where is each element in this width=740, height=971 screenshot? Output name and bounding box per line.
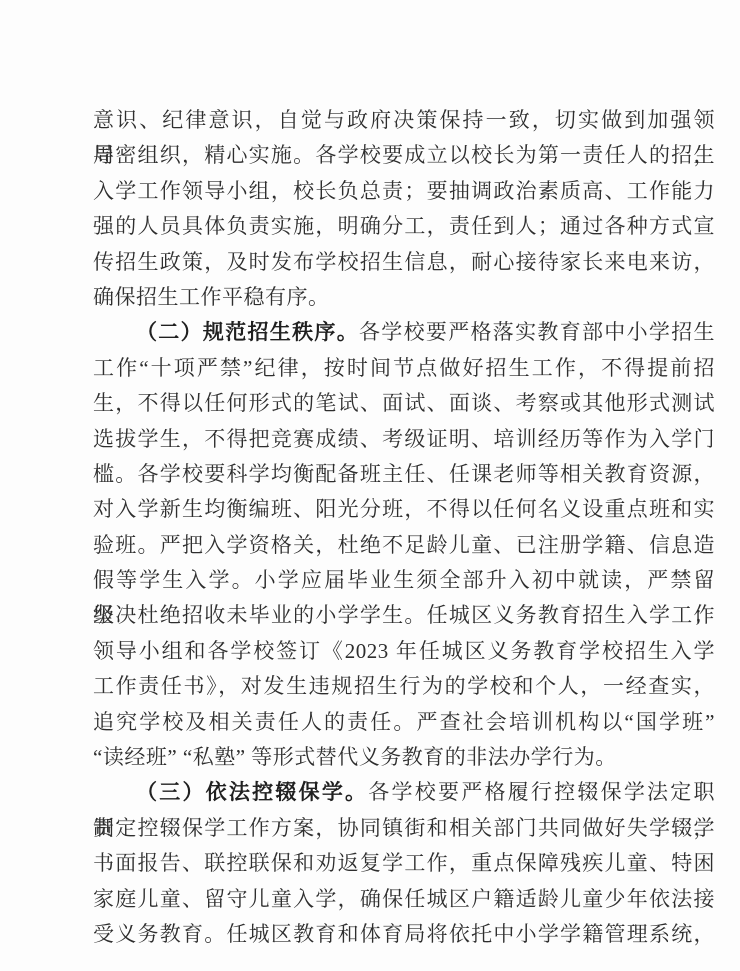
text-line: 槛。各学校要科学均衡配备班主任、任课老师等相关教育资源，: [93, 457, 715, 492]
text-line: 意识、纪律意识，自觉与政府决策保持一致，切实做到加强领导，: [93, 103, 715, 138]
section-heading: （二）规范招生秩序。: [136, 320, 359, 344]
line-text: 生，不得以任何形式的笔试、面试、面谈、考察或其他形式测试: [93, 391, 715, 415]
text-line: 家庭儿童、留守儿童入学，确保任城区户籍适龄儿童少年依法接: [93, 882, 715, 917]
line-text: 家庭儿童、留守儿童入学，确保任城区户籍适龄儿童少年依法接: [93, 887, 715, 911]
line-text: 对入学新生均衡编班、阳光分班，不得以任何名义设重点班和实: [93, 497, 715, 521]
text-line: 制定控辍保学工作方案，协同镇街和相关部门共同做好失学辍学: [93, 811, 715, 846]
text-line: 追究学校及相关责任人的责任。严查社会培训机构以“国学班”: [93, 705, 715, 740]
text-line: 对入学新生均衡编班、阳光分班，不得以任何名义设重点班和实: [93, 492, 715, 527]
text-line: 假等学生入学。小学应届毕业生须全部升入初中就读，严禁留级；: [93, 563, 715, 598]
text-line: 受义务教育。任城区教育和体育局将依托中小学学籍管理系统，: [93, 917, 715, 952]
text-line: 工作责任书》，对发生违规招生行为的学校和个人，一经查实，: [93, 669, 715, 704]
text-line: 领导小组和各学校签订《2023 年任城区义务教育学校招生入学: [93, 634, 715, 669]
section-heading: （三）依法控辍保学。: [136, 780, 368, 804]
text-line: 坚决杜绝招收未毕业的小学学生。任城区义务教育招生入学工作: [93, 598, 715, 633]
line-text: 验班。严把入学资格关，杜绝不足龄儿童、已注册学籍、信息造: [93, 533, 715, 557]
line-text: 制定控辍保学工作方案，协同镇街和相关部门共同做好失学辍学: [93, 816, 715, 840]
text-line: 选拔学生，不得把竞赛成绩、考级证明、培训经历等作为入学门: [93, 422, 715, 457]
text-line: 书面报告、联控联保和劝返复学工作，重点保障残疾儿童、特困: [93, 846, 715, 881]
line-text: 坚决杜绝招收未毕业的小学学生。任城区义务教育招生入学工作: [93, 603, 715, 627]
text-line: 周密组织，精心实施。各学校要成立以校长为第一责任人的招生: [93, 138, 715, 173]
text-line: 工作“十项严禁”纪律，按时间节点做好招生工作，不得提前招: [93, 351, 715, 386]
line-text: 确保招生工作平稳有序。: [93, 285, 330, 309]
text-line: 验班。严把入学资格关，杜绝不足龄儿童、已注册学籍、信息造: [93, 528, 715, 563]
line-text: 槛。各学校要科学均衡配备班主任、任课老师等相关教育资源，: [93, 462, 715, 486]
text-line: 确保招生工作平稳有序。: [93, 280, 715, 315]
text-line: 强的人员具体负责实施，明确分工，责任到人；通过各种方式宣: [93, 209, 715, 244]
line-text: 受义务教育。任城区教育和体育局将依托中小学学籍管理系统，: [93, 922, 715, 946]
line-text: 选拔学生，不得把竞赛成绩、考级证明、培训经历等作为入学门: [93, 427, 715, 451]
line-text: 工作“十项严禁”纪律，按时间节点做好招生工作，不得提前招: [93, 356, 715, 380]
line-text: “读经班” “私塾” 等形式替代义务教育的非法办学行为。: [93, 745, 617, 769]
line-text: 工作责任书》，对发生违规招生行为的学校和个人，一经查实，: [93, 674, 715, 698]
text-line: （三）依法控辍保学。各学校要严格履行控辍保学法定职责，: [93, 775, 715, 810]
text-line: 传招生政策，及时发布学校招生信息，耐心接待家长来电来访，: [93, 245, 715, 280]
document-page: 意识、纪律意识，自觉与政府决策保持一致，切实做到加强领导，周密组织，精心实施。各…: [0, 0, 740, 971]
text-line: 生，不得以任何形式的笔试、面试、面谈、考察或其他形式测试: [93, 386, 715, 421]
line-text: 各学校要严格落实教育部中小学招生: [359, 320, 715, 344]
line-text: 入学工作领导小组，校长负总责；要抽调政治素质高、工作能力: [93, 179, 715, 203]
text-line: 入学工作领导小组，校长负总责；要抽调政治素质高、工作能力: [93, 174, 715, 209]
line-text: 追究学校及相关责任人的责任。严查社会培训机构以“国学班”: [93, 710, 715, 734]
line-text: 传招生政策，及时发布学校招生信息，耐心接待家长来电来访，: [93, 250, 715, 274]
text-line: （二）规范招生秩序。各学校要严格落实教育部中小学招生: [93, 315, 715, 350]
line-text: 书面报告、联控联保和劝返复学工作，重点保障残疾儿童、特困: [93, 851, 715, 875]
line-text: 领导小组和各学校签订《2023 年任城区义务教育学校招生入学: [93, 639, 715, 663]
line-text: 周密组织，精心实施。各学校要成立以校长为第一责任人的招生: [93, 143, 715, 167]
line-text: 强的人员具体负责实施，明确分工，责任到人；通过各种方式宣: [93, 214, 715, 238]
document-text: 意识、纪律意识，自觉与政府决策保持一致，切实做到加强领导，周密组织，精心实施。各…: [93, 103, 715, 952]
text-line: “读经班” “私塾” 等形式替代义务教育的非法办学行为。: [93, 740, 715, 775]
